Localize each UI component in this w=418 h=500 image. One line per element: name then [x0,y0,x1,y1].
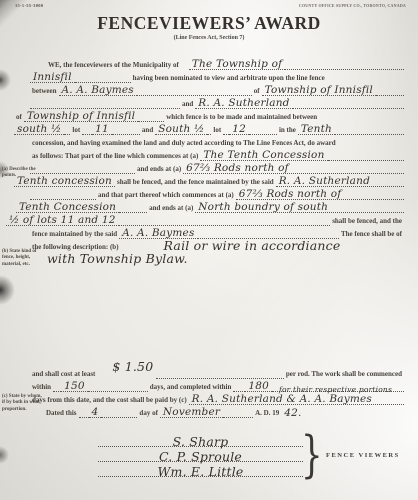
handwritten-entry: 180 [245,381,272,393]
handwritten-entry: Township of Innisfil [262,85,376,97]
handwritten-entry: Township of Innisfil [24,111,138,123]
form-line: days from this date, and the cost shall … [30,392,404,405]
printed-text: lot [211,126,223,135]
handwritten-entry: R. A. Sutherland [276,176,404,188]
handwritten-entry: 67⅔ Rods north of [236,189,404,201]
printed-text: and that part thereof which commences at… [96,191,236,200]
handwritten-entry: 150 [61,381,88,393]
form-line: WE, the fenceviewers of the Municipality… [30,57,404,70]
printed-text: in the [277,126,298,135]
printed-text: within [30,383,53,392]
printed-text: lot [70,126,82,135]
award-body: WE, the fenceviewers of the Municipality… [30,57,404,265]
printed-text: days, and completed within [148,383,234,392]
form-line: and that part thereof which commences at… [30,187,404,200]
printed-text: and ends at (a) [147,204,195,213]
form-line: and ends at (a) 67⅔ Rods north of [30,161,404,174]
handwritten-entry: The Tenth Concession [200,150,327,162]
handwritten-entry: Tenth Concession [16,202,119,214]
signature-line: S. Sharp [98,432,303,447]
handwritten-entry: Tenth concession [14,176,115,188]
handwritten-entry: 42. [281,408,304,419]
page-title: FENCEVIEWERS’ AWARD [0,13,418,34]
form-line: Dated this 4 day of November A. D. 19 42… [30,405,404,418]
dotted-line [79,416,89,418]
printed-text: day of [137,409,159,418]
printed-text: of [252,87,262,96]
form-line: between A. A. Baymes of Township of Inni… [30,83,404,96]
printed-text: and [140,126,155,135]
printed-text: between [30,87,59,96]
printed-text: The fence shall be of [339,230,404,239]
printed-text: A. D. 19 [253,409,281,418]
handwritten-entry: November [160,407,223,419]
printed-text: of [14,113,24,122]
printed-text: as follows: That part of the line which … [30,152,200,161]
signature: S. Sharp [170,436,232,449]
form-line: of Township of Innisfil which fence is t… [30,109,404,122]
signature-line: Wm. E. Little [98,462,303,477]
printed-text: and ends at (a) [135,165,183,174]
signature-line: C. P. Sproule [98,447,303,462]
form-line: concession, and having examined the land… [30,135,404,148]
handwritten-entry: A. A. Baymes [59,85,137,97]
dotted-line [223,416,253,418]
printed-text: having been nominated to view and arbitr… [131,74,327,83]
dotted-line [101,416,137,418]
printed-text: per rod. The work shall be commenced [284,370,404,379]
handwritten-entry: with Township Bylaw. [44,253,191,266]
handwritten-entry: $ 1.50 [109,361,156,374]
signatures-section: S. Sharp C. P. Sproule Wm. E. Little [98,432,303,477]
printed-text: shall be fenced, and the [330,217,404,226]
handwritten-entry: South ½ [155,124,207,136]
form-line: south ½ lot 11 and South ½ lot 12 in the… [30,122,404,135]
handwritten-entry: ½ of lots 11 and 12 [6,215,119,227]
form-line: with Township Bylaw. [30,252,404,265]
form-line: and R. A. Sutherland [30,96,404,109]
handwritten-entry: 67⅔ Rods north of [183,163,404,175]
form-line: ½ of lots 11 and 12 shall be fenced, and… [30,213,404,226]
printed-text: fence maintained by the said [30,230,119,239]
form-line: and shall cost at least $ 1.50 per rod. … [30,366,404,379]
handwritten-entry: south ½ [14,124,64,136]
signature-brace: } [301,431,323,480]
printed-text: WE, the fenceviewers of the Municipality… [46,61,181,70]
printed-text: which fence is to be made and maintained… [164,113,319,122]
page-subtitle: (Line Fences Act, Section 7) [0,35,418,41]
handwritten-annotation: for their respective portions [279,386,392,394]
handwritten-entry: 4 [89,407,102,419]
printed-text: days from this date, and the cost shall … [30,396,189,405]
handwritten-entry: 12 [229,124,249,136]
scanned-document: 15-1-55-3000 COUNTY OFFICE SUPPLY CO., T… [0,0,418,500]
form-number: 15-1-55-3000 [15,3,43,8]
printed-text: Dated this [44,409,79,418]
handwritten-entry: Tenth [298,124,335,136]
form-line: as follows: That part of the line which … [30,148,404,161]
handwritten-entry: R. A. Sutherland [195,98,292,110]
handwritten-entry: Rail or wire in accordiance [161,240,344,253]
form-line: Innisfil having been nominated to view a… [30,70,404,83]
handwritten-entry: R. A. Sutherland & A. A. Baymes [189,394,404,406]
handwritten-entry: North boundry of south [195,202,404,214]
fence-viewers-label: FENCE VIEWERS [326,452,400,459]
printed-text: and shall cost at least [30,370,97,379]
handwritten-entry: The Township of [189,59,285,71]
form-line: Tenth Concession and ends at (a) North b… [30,200,404,213]
signature: C. P. Sproule [156,451,245,464]
form-line: Tenth concession shall be fenced, and th… [30,174,404,187]
signature: Wm. E. Little [154,466,246,479]
printed-text: concession, and having examined the land… [30,139,338,148]
handwritten-entry: 11 [92,124,112,136]
printed-text: and [180,100,195,109]
printer-credit: COUNTY OFFICE SUPPLY CO., TORONTO, CANAD… [299,3,406,8]
handwritten-entry: Innisfil [30,72,75,84]
printed-text: shall be fenced, and the fence maintaine… [115,178,276,187]
cost-section: and shall cost at least $ 1.50 per rod. … [30,366,404,418]
